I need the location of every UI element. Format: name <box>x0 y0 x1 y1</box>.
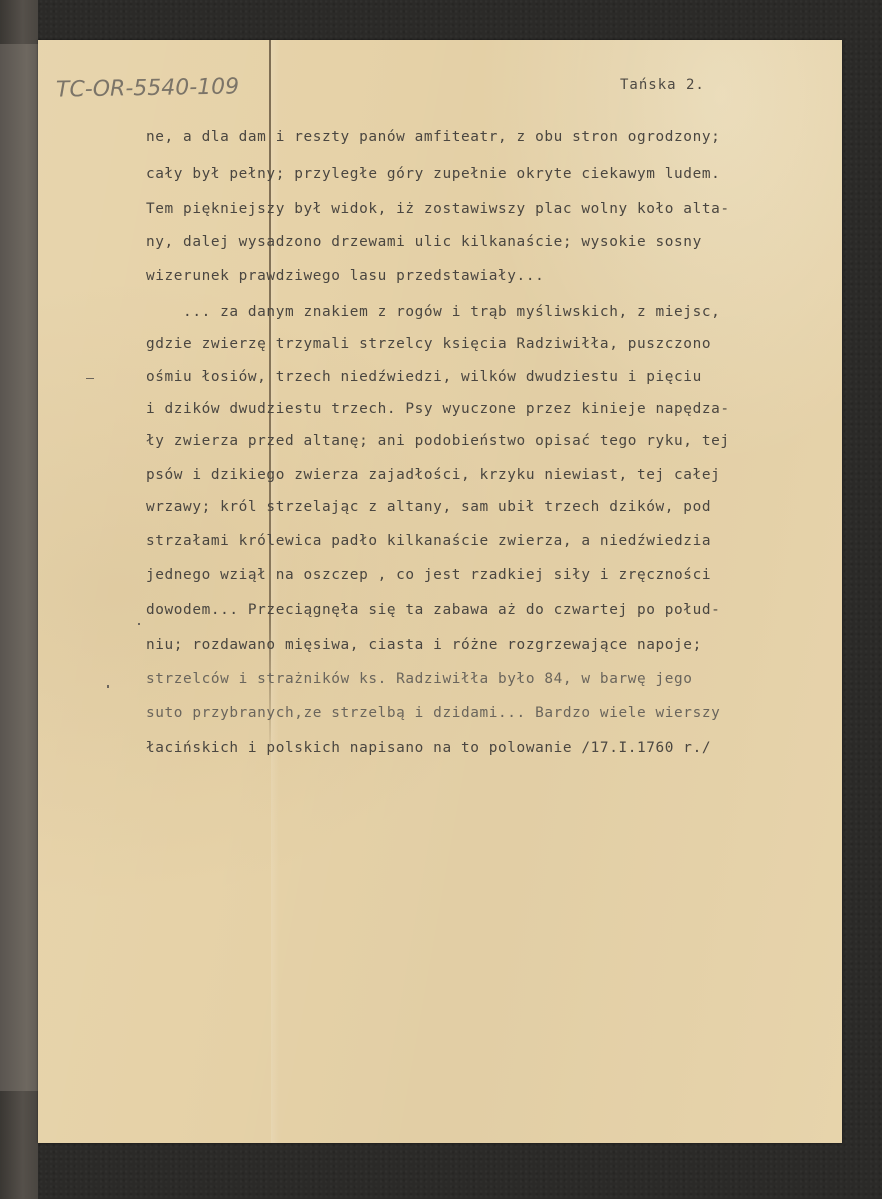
text-line: cały był pełny; przyległe góry zupełnie … <box>146 165 720 183</box>
text-line: ny, dalej wysadzono drzewami ulic kilkan… <box>146 233 702 251</box>
text-line: strzelców i strażników ks. Radziwiłła by… <box>146 670 693 688</box>
text-line: suto przybranych,ze strzelbą i dzidami..… <box>146 704 720 722</box>
scanner-edge-shadow <box>0 44 38 1091</box>
stray-mark-dash <box>86 378 94 379</box>
text-line: ne, a dla dam i reszty panów amfiteatr, … <box>146 128 720 146</box>
text-line: ły zwierza przed altanę; ani podobieństw… <box>146 432 730 450</box>
text-line: strzałami królewica padło kilkanaście zw… <box>146 532 711 550</box>
text-line: i dzików dwudziestu trzech. Psy wyuczone… <box>146 400 730 418</box>
stray-mark-dot <box>107 685 109 688</box>
document-page: TC-OR-5540-109 Tańska 2. ne, a dla dam i… <box>38 40 842 1143</box>
text-line: wizerunek prawdziwego lasu przedstawiały… <box>146 267 544 285</box>
text-line: Tem piękniejszy był widok, iż zostawiwsz… <box>146 200 730 218</box>
text-line: ... za danym znakiem z rogów i trąb myśl… <box>146 303 720 321</box>
text-line: psów i dzikiego zwierza zajadłości, krzy… <box>146 466 720 484</box>
text-line: gdzie zwierzę trzymali strzelcy księcia … <box>146 335 711 353</box>
text-line: łacińskich i polskich napisano na to pol… <box>146 739 711 757</box>
text-line: niu; rozdawano mięsiwa, ciasta i różne r… <box>146 636 702 654</box>
text-line: jednego wziął na oszczep , co jest rzadk… <box>146 566 711 584</box>
scanner-edge-strip <box>0 0 38 1199</box>
stray-mark-dot <box>138 623 140 625</box>
archive-reference-number: TC-OR-5540-109 <box>56 74 240 102</box>
text-line: ośmiu łosiów, trzech niedźwiedzi, wilków… <box>146 368 702 386</box>
text-line: wrzawy; król strzelając z altany, sam ub… <box>146 498 711 516</box>
page-header: Tańska 2. <box>620 77 705 93</box>
text-line: dowodem... Przeciągnęła się ta zabawa aż… <box>146 601 720 619</box>
